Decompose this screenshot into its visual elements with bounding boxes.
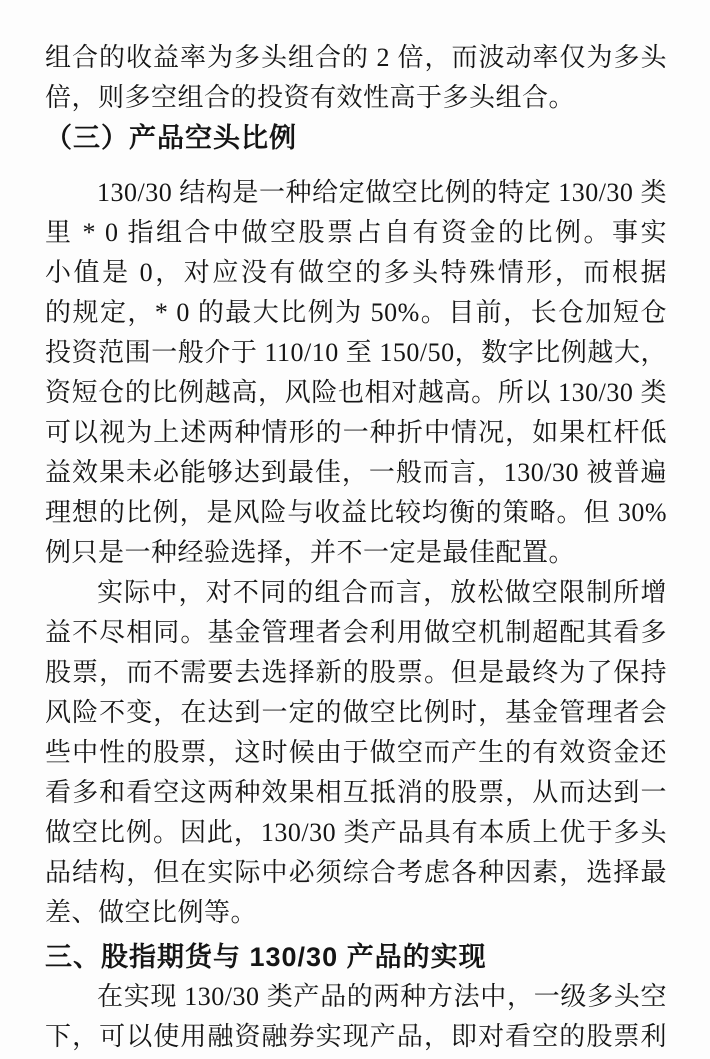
text-line: 130/30 结构是一种给定做空比例的特定 130/30 类结构，这 bbox=[45, 173, 667, 213]
text-line: 看多和看空这两种效果相互抵消的股票，从而达到一种最佳的 bbox=[45, 773, 667, 813]
book-page: 组合的收益率为多头组合的 2 倍，而波动率仅为多头组合的√2 倍，则多空组合的投… bbox=[0, 0, 710, 1059]
section-heading-sub: （三）产品空头比例 bbox=[45, 118, 667, 158]
text-line: 投资范围一般介于 110/10 至 150/50，数字比例越大，表示可投 bbox=[45, 333, 667, 373]
text-line: 例只是一种经验选择，并不一定是最佳配置。 bbox=[45, 533, 667, 573]
text-line: 益不尽相同。基金管理者会利用做空机制超配其看多或看空的 bbox=[45, 613, 667, 653]
text-line: 差、做空比例等。 bbox=[45, 893, 667, 933]
text-line: 在实现 130/30 类产品的两种方法中，一级多头空头结构 bbox=[45, 977, 667, 1017]
text-line: 风险不变，在达到一定的做空比例时，基金管理者会开始加入一 bbox=[45, 693, 667, 733]
text-line: 可以视为上述两种情形的一种折中情况，如果杠杆低于 30%，收 bbox=[45, 413, 667, 453]
section-heading-main: 三、股指期货与 130/30 产品的实现 bbox=[45, 937, 667, 977]
text-line: 里 * 0 指组合中做空股票占自有资金的比例。事实上，* 0 的最 bbox=[45, 213, 667, 253]
text-line: 做空比例。因此，130/30 类产品具有本质上优于多头组合的产 bbox=[45, 813, 667, 853]
text-line: 益效果未必能够达到最佳，一般而言，130/30 被普遍认为是最 bbox=[45, 453, 667, 493]
text-line: 理想的比例，是风险与收益比较均衡的策略。但 30%的做空比 bbox=[45, 493, 667, 533]
text-line: 些中性的股票，这时候由于做空而产生的有效资金还会分配到 bbox=[45, 733, 667, 773]
text-line: 下，可以使用融资融券实现产品，即对看空的股票利用融券做 bbox=[45, 1017, 667, 1057]
text-line: 组合的收益率为多头组合的 2 倍，而波动率仅为多头组合的√2 bbox=[45, 38, 667, 78]
text-line: 实际中，对不同的组合而言，放松做空限制所增加的超额收 bbox=[45, 573, 667, 613]
text-line: 倍，则多空组合的投资有效性高于多头组合。 bbox=[45, 78, 667, 118]
text-line: 资短仓的比例越高，风险也相对越高。所以 130/30 类产品结构 bbox=[45, 373, 667, 413]
text-line: 品结构，但在实际中必须综合考虑各种因素，选择最优的跟踪误 bbox=[45, 853, 667, 893]
text-line: 股票，而不需要去选择新的股票。但是最终为了保持积极操作 bbox=[45, 653, 667, 693]
text-line: 小值是 0，对应没有做空的多头特殊情形，而根据 UCITSⅢ条款 bbox=[45, 253, 667, 293]
text-line: 的规定，* 0 的最大比例为 50%。目前，长仓加短仓策略基金的 bbox=[45, 293, 667, 333]
